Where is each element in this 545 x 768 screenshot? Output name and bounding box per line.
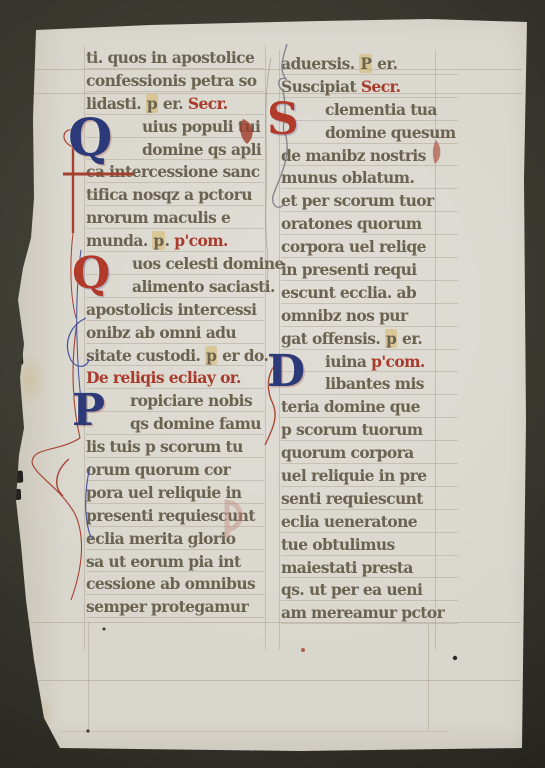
body-text: sitate custodi. bbox=[86, 346, 205, 365]
parchment-stain bbox=[14, 352, 48, 408]
body-text: onibz ab omni adu bbox=[86, 323, 236, 342]
text-line: semper protegamur bbox=[86, 595, 264, 618]
text-line: Sclementia tua bbox=[281, 98, 458, 121]
body-text: nrorum maculis e bbox=[86, 208, 230, 227]
text-column-left: ti. quos in apostoliceconfessionis petra… bbox=[86, 46, 264, 618]
gilded-letter: p bbox=[205, 346, 217, 365]
sewing-slit bbox=[11, 26, 21, 40]
gilded-letter: p bbox=[152, 231, 164, 250]
rubric-text: De reliqis ecliay or. bbox=[86, 368, 241, 387]
body-text: . bbox=[165, 231, 175, 250]
body-text: er. bbox=[397, 329, 422, 348]
text-line: oratones quorum bbox=[281, 212, 458, 235]
body-text: apostolicis intercessi bbox=[86, 300, 256, 319]
body-text: qs domine famu bbox=[130, 414, 261, 433]
text-line: et per scorum tuor bbox=[281, 189, 458, 212]
body-text: uel reliquie in pre bbox=[281, 466, 427, 485]
body-text: confessionis petra so bbox=[86, 71, 256, 90]
body-text: clementia tua bbox=[325, 100, 437, 119]
body-text: et per scorum tuor bbox=[281, 191, 434, 210]
text-line: lidasti. p er. Secr. bbox=[86, 92, 264, 115]
text-line: presenti requiescunt bbox=[86, 504, 264, 527]
red-penwork-curl bbox=[57, 459, 69, 496]
text-line: Quius populi tui bbox=[86, 115, 264, 138]
body-text: ti. quos in apostolice bbox=[86, 48, 254, 67]
sewing-slit bbox=[11, 47, 20, 59]
body-text: domine qs apli bbox=[142, 140, 261, 159]
body-text: semper protegamur bbox=[86, 597, 248, 616]
ink-speck bbox=[86, 729, 89, 732]
text-line: alimento saciasti. bbox=[86, 275, 264, 298]
body-text: ropiciare nobis bbox=[130, 391, 252, 410]
body-text: uos celesti domine bbox=[132, 254, 284, 273]
text-line: Diuina p'com. bbox=[281, 350, 458, 373]
text-line: confessionis petra so bbox=[86, 69, 264, 92]
sewing-slit bbox=[10, 160, 19, 173]
body-text: in presenti requi bbox=[281, 260, 417, 279]
text-line: aduersis. P er. bbox=[281, 52, 458, 75]
sewing-slit bbox=[6, 471, 24, 484]
rubric-text: p'com. bbox=[371, 352, 425, 371]
text-line: tue obtulimus bbox=[281, 533, 458, 556]
red-speck bbox=[301, 648, 305, 652]
body-text: libantes mis bbox=[325, 374, 424, 393]
parchment-stain bbox=[20, 692, 56, 738]
body-text: eclia ueneratone bbox=[281, 512, 417, 531]
text-line: sa ut eorum pia int bbox=[86, 550, 264, 573]
text-line: Quos celesti domine bbox=[86, 252, 264, 275]
body-text: lis tuis p scorum tu bbox=[86, 437, 243, 456]
illuminated-initial-q: Q bbox=[68, 115, 112, 161]
illuminated-initial-q: Q bbox=[72, 252, 110, 296]
text-line: maiestati presta bbox=[281, 556, 458, 579]
text-line: corpora uel reliqe bbox=[281, 235, 458, 258]
text-line: am mereamur pctor bbox=[281, 601, 458, 624]
sewing-slit bbox=[6, 322, 19, 333]
body-text: quorum corpora bbox=[281, 443, 414, 462]
body-text: er do. bbox=[217, 346, 268, 365]
body-text: cessione ab omnibus bbox=[86, 574, 255, 593]
ruling-line bbox=[88, 622, 89, 732]
text-line: domine qs apli bbox=[86, 138, 264, 161]
body-text: presenti requiescunt bbox=[86, 506, 255, 525]
body-text: omnibz nos pur bbox=[281, 306, 408, 325]
body-text: tue obtulimus bbox=[281, 535, 395, 554]
body-text: tifica nosqz a pctoru bbox=[86, 185, 252, 204]
rubric-text: Secr. bbox=[188, 94, 228, 113]
body-text: eclia merita glorio bbox=[86, 529, 236, 548]
sewing-slit bbox=[7, 373, 21, 385]
text-line: pora uel reliquie in bbox=[86, 481, 264, 504]
body-text: er. bbox=[372, 54, 397, 73]
text-line: gat offensis. p er. bbox=[281, 327, 458, 350]
ink-speck bbox=[453, 656, 457, 660]
text-line: cessione ab omnibus bbox=[86, 572, 264, 595]
sewing-slit bbox=[8, 257, 22, 271]
text-line: eclia ueneratone bbox=[281, 510, 458, 533]
text-line: domine quesum bbox=[281, 121, 458, 144]
text-line: teria domine que bbox=[281, 395, 458, 418]
body-text: gat offensis. bbox=[281, 329, 385, 348]
body-text: sa ut eorum pia int bbox=[86, 552, 241, 571]
rubric-text: Secr. bbox=[361, 77, 401, 96]
body-text: teria domine que bbox=[281, 397, 420, 416]
body-text: munus oblatum. bbox=[281, 168, 414, 187]
illuminated-initial-p: P bbox=[72, 389, 105, 433]
sewing-slit bbox=[7, 529, 17, 539]
red-penwork-sweep bbox=[32, 438, 82, 600]
text-line: orum quorum cor bbox=[86, 458, 264, 481]
text-line: uel reliquie in pre bbox=[281, 464, 458, 487]
text-line: p scorum tuorum bbox=[281, 418, 458, 441]
body-text: qs. ut per ea ueni bbox=[281, 580, 422, 599]
body-text: domine quesum bbox=[325, 123, 456, 142]
ruling-line bbox=[428, 624, 429, 730]
sewing-slit bbox=[7, 489, 21, 500]
rubric-text: p'com. bbox=[174, 231, 228, 250]
illuminated-initial-s: S bbox=[267, 98, 298, 142]
sewing-slit bbox=[10, 144, 19, 158]
text-line: Propiciare nobis bbox=[86, 389, 264, 412]
text-line: qs domine famu bbox=[86, 412, 264, 435]
ink-hairline bbox=[266, 58, 271, 282]
text-line: nrorum maculis e bbox=[86, 206, 264, 229]
body-text: pora uel reliquie in bbox=[86, 483, 241, 502]
ruling-line bbox=[24, 680, 520, 681]
text-line: de manibz nostris bbox=[281, 144, 458, 167]
body-text: er. bbox=[158, 94, 188, 113]
text-line: munus oblatum. bbox=[281, 166, 458, 189]
sewing-slit bbox=[7, 352, 24, 365]
body-text: escunt ecclia. ab bbox=[281, 283, 416, 302]
body-text: orum quorum cor bbox=[86, 460, 230, 479]
text-line: in presenti requi bbox=[281, 258, 458, 281]
text-line: omnibz nos pur bbox=[281, 304, 458, 327]
illuminated-initial-d: D bbox=[267, 350, 305, 394]
ink-speck bbox=[103, 628, 106, 631]
body-text: senti requiescunt bbox=[281, 489, 423, 508]
body-text: oratones quorum bbox=[281, 214, 422, 233]
body-text: corpora uel reliqe bbox=[281, 237, 426, 256]
body-text: p scorum tuorum bbox=[281, 420, 423, 439]
body-text: ca intercessione sanc bbox=[86, 162, 260, 181]
text-column-right: aduersis. P er.Suscipiat Secr.Sclementia… bbox=[281, 52, 458, 624]
text-line: lis tuis p scorum tu bbox=[86, 435, 264, 458]
text-line: ca intercessione sanc bbox=[86, 160, 264, 183]
text-line: libantes mis bbox=[281, 372, 458, 395]
text-line: senti requiescunt bbox=[281, 487, 458, 510]
text-line: De reliqis ecliay or. bbox=[86, 366, 264, 389]
text-line: munda. p. p'com. bbox=[86, 229, 264, 252]
photo-backdrop: ti. quos in apostoliceconfessionis petra… bbox=[0, 0, 545, 768]
ruling-line bbox=[60, 731, 450, 732]
text-line: onibz ab omni adu bbox=[86, 321, 264, 344]
text-line: Suscipiat Secr. bbox=[281, 75, 458, 98]
text-line: sitate custodi. p er do. bbox=[86, 344, 264, 367]
body-text: uius populi tui bbox=[142, 117, 260, 136]
body-text: iuina bbox=[325, 352, 371, 371]
text-line: escunt ecclia. ab bbox=[281, 281, 458, 304]
gilded-letter: p bbox=[146, 94, 158, 113]
text-line: eclia merita glorio bbox=[86, 527, 264, 550]
body-text: maiestati presta bbox=[281, 558, 413, 577]
body-text: de manibz nostris bbox=[281, 146, 426, 165]
body-text: alimento saciasti. bbox=[132, 277, 275, 296]
text-line: apostolicis intercessi bbox=[86, 298, 264, 321]
sewing-slit bbox=[16, 86, 21, 92]
text-line: quorum corpora bbox=[281, 441, 458, 464]
manuscript-leaf: ti. quos in apostoliceconfessionis petra… bbox=[0, 0, 545, 768]
gilded-letter: P bbox=[359, 54, 372, 73]
text-line: ti. quos in apostolice bbox=[86, 46, 264, 69]
text-line: tifica nosqz a pctoru bbox=[86, 183, 264, 206]
body-text: am mereamur pctor bbox=[281, 603, 444, 622]
body-text: aduersis. bbox=[281, 54, 359, 73]
text-line: qs. ut per ea ueni bbox=[281, 578, 458, 601]
gilded-letter: p bbox=[385, 329, 397, 348]
